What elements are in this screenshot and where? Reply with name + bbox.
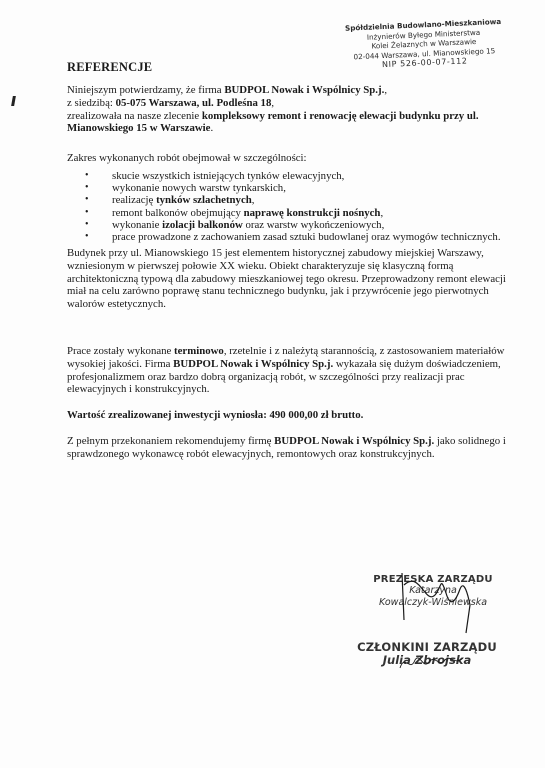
scope-heading: Zakres wykonanych robót obejmował w szcz…	[67, 152, 517, 165]
scope-item: skucie wszystkich istniejących tynków el…	[67, 170, 507, 182]
scope-item-text: ,	[380, 207, 383, 219]
scope-item: prace prowadzone z zachowaniem zasad szt…	[67, 231, 507, 243]
intro-text: .	[210, 122, 213, 134]
scope-item-bold: naprawę konstrukcji nośnych	[244, 207, 381, 219]
intro-text: zrealizowała na nasze zlecenie	[67, 110, 202, 122]
scope-item: remont balkonów obejmujący naprawę konst…	[67, 207, 507, 219]
intro-text: ,	[384, 84, 387, 96]
company-address: 05-075 Warszawa, ul. Podleśna 18	[116, 97, 272, 109]
intro-text: ,	[271, 97, 274, 109]
signature-board-member: CZŁONKINI ZARZĄDU Julia Zbrojska	[352, 640, 502, 666]
company-name: BUDPOL Nowak i Wspólnicy Sp.j.	[173, 358, 333, 370]
signature-name: Julia Zbrojska	[352, 654, 502, 666]
intro-text: z siedzibą:	[67, 97, 116, 109]
scope-item-bold: tynków szlachetnych	[156, 194, 252, 206]
signature-role: CZŁONKINI ZARZĄDU	[352, 640, 502, 654]
scope-item: wykonanie nowych warstw tynkarskich,	[67, 182, 507, 194]
scan-mark	[11, 96, 16, 106]
quality-paragraph: Prace zostały wykonane terminowo, rzetel…	[67, 345, 517, 396]
signature-name: Kowalczyk-Wiśniewska	[368, 597, 498, 609]
scope-item: realizację tynków szlachetnych,	[67, 194, 507, 206]
signature-name: Katarzyna	[368, 585, 498, 597]
scope-list: skucie wszystkich istniejących tynków el…	[67, 170, 507, 243]
scope-item-text: realizację	[112, 194, 156, 206]
company-name: BUDPOL Nowak i Wspólnicy Sp.j.	[224, 84, 384, 96]
recommendation-paragraph: Z pełnym przekonaniem rekomendujemy firm…	[67, 435, 517, 461]
scope-item-text: skucie wszystkich istniejących tynków el…	[112, 170, 344, 182]
signature-president: PREZESKA ZARZĄDU Katarzyna Kowalczyk-Wiś…	[368, 574, 498, 609]
scope-item-text: wykonanie	[112, 219, 162, 231]
investment-value: Wartość zrealizowanej inwestycji wyniosł…	[67, 409, 517, 422]
scope-item-text: prace prowadzone z zachowaniem zasad szt…	[112, 231, 501, 243]
quality-bold: terminowo	[174, 345, 224, 357]
quality-text: Prace zostały wykonane	[67, 345, 174, 357]
scope-item-bold: izolacji balkonów	[162, 219, 243, 231]
recommendation-text: Z pełnym przekonaniem rekomendujemy firm…	[67, 435, 274, 447]
reference-letter-page: Spółdzielnia Budowlano-Mieszkaniowa Inży…	[0, 0, 545, 768]
intro-paragraph: Niniejszym potwierdzamy, że firma BUDPOL…	[67, 84, 517, 135]
scope-item-text: ,	[252, 194, 255, 206]
scope-item-text: oraz warstw wykończeniowych,	[243, 219, 385, 231]
intro-text: Niniejszym potwierdzamy, że firma	[67, 84, 224, 96]
company-stamp: Spółdzielnia Budowlano-Mieszkaniowa Inży…	[338, 17, 510, 72]
scope-item: wykonanie izolacji balkonów oraz warstw …	[67, 219, 507, 231]
scope-item-text: remont balkonów obejmujący	[112, 207, 244, 219]
signature-role: PREZESKA ZARZĄDU	[368, 574, 498, 585]
building-paragraph: Budynek przy ul. Mianowskiego 15 jest el…	[67, 247, 517, 311]
company-name: BUDPOL Nowak i Wspólnicy Sp.j.	[274, 435, 434, 447]
scope-item-text: wykonanie nowych warstw tynkarskich,	[112, 182, 286, 194]
document-title: REFERENCJE	[67, 60, 152, 75]
